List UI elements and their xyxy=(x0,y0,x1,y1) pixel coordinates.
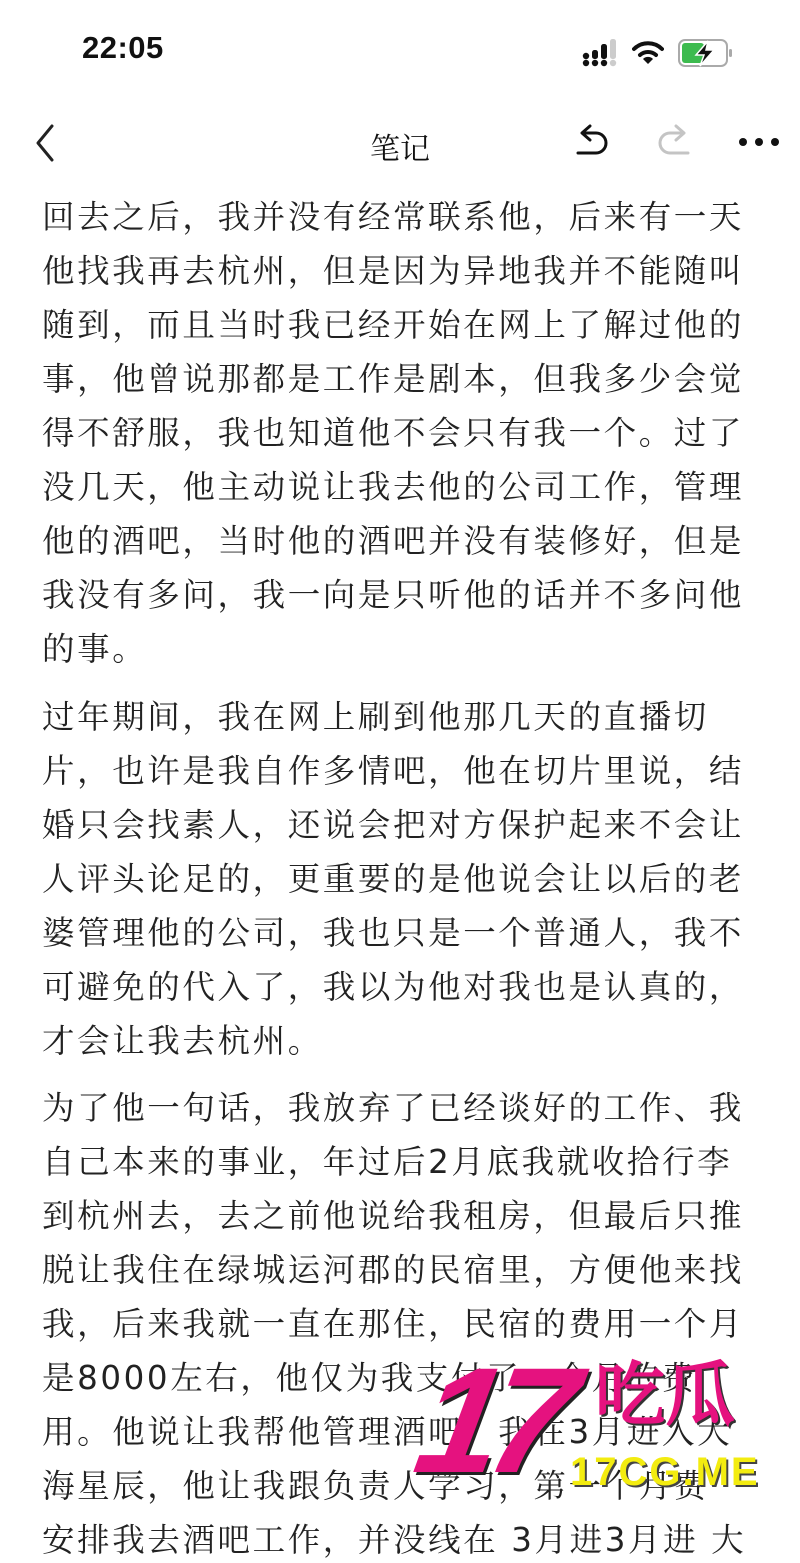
text-line: 婆管理他的公司，我也只是一个普通人，我不 xyxy=(42,911,744,955)
battery-charging-icon xyxy=(678,38,734,68)
text-line: 没几天，他主动说让我去他的公司工作，管理 xyxy=(42,465,744,509)
text-line: 他找我再去杭州，但是因为异地我并不能随叫 xyxy=(42,249,744,293)
wifi-icon xyxy=(632,40,664,66)
text-line: 自己本来的事业，年过后2月底我就收拾行李 xyxy=(42,1140,732,1184)
text-line: 片，也许是我自作多情吧，他在切片里说，结 xyxy=(42,749,744,793)
text-line: 才会让我去杭州。 xyxy=(42,1019,323,1063)
text-line: 我没有多问，我一向是只听他的话并不多问他 xyxy=(42,573,744,617)
cellular-signal-icon xyxy=(582,39,618,67)
undo-icon xyxy=(572,122,616,162)
text-line: 脱让我住在绿城运河郡的民宿里，方便他来找 xyxy=(42,1248,744,1292)
more-button[interactable] xyxy=(736,130,782,154)
text-line: 安排我去酒吧工作，并没线在 3月进3月进 大 xyxy=(42,1518,746,1562)
text-line: 海星辰，他让我跟负责人学习，第一个月费 xyxy=(42,1464,709,1508)
redo-icon xyxy=(652,122,696,162)
text-line: 事，他曾说那都是工作是剧本，但我多少会觉 xyxy=(42,357,744,401)
status-time: 22:05 xyxy=(82,30,164,66)
text-line: 是8000左右，他仅为我支付了一个月的费 xyxy=(42,1356,697,1400)
text-line: 随到，而且当时我已经开始在网上了解过他的 xyxy=(42,303,744,347)
text-line: 回去之后，我并没有经常联系他，后来有一天 xyxy=(42,195,744,239)
text-line: 可避免的代入了，我以为他对我也是认真的， xyxy=(42,965,744,1009)
text-line: 我，后来我就一直在那住，民宿的费用一个月 xyxy=(42,1302,744,1346)
more-horizontal-icon xyxy=(736,130,782,154)
undo-button[interactable] xyxy=(572,122,616,162)
redo-button[interactable] xyxy=(652,122,696,162)
text-line: 过年期间，我在网上刷到他那几天的直播切 xyxy=(42,695,709,739)
text-line: 他的酒吧，当时他的酒吧并没有装修好，但是 xyxy=(42,519,744,563)
text-line: 的事。 xyxy=(42,627,147,671)
status-icons xyxy=(582,38,734,68)
text-line: 人评头论足的，更重要的是他说会让以后的老 xyxy=(42,857,744,901)
text-line: 得不舒服，我也知道他不会只有我一个。过了 xyxy=(42,411,744,455)
text-line: 到杭州去，去之前他说给我租房，但最后只推 xyxy=(42,1194,744,1238)
status-bar: 22:05 xyxy=(0,0,800,100)
text-line: 婚只会找素人，还说会把对方保护起来不会让 xyxy=(42,803,744,847)
text-line: 用。他说让我帮他管理酒吧，我在3月进入大 xyxy=(42,1410,732,1454)
text-line: 为了他一句话，我放弃了已经谈好的工作、我 xyxy=(42,1086,744,1130)
